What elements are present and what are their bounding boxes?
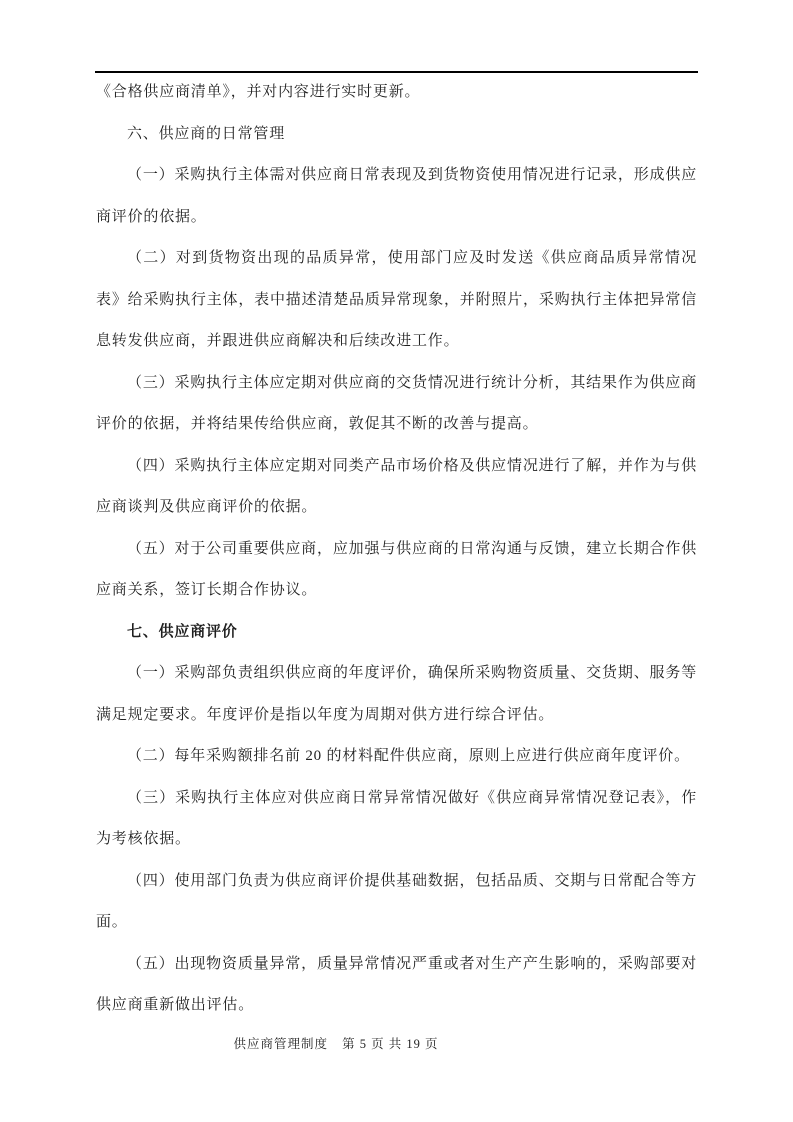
section-6-item-2: （二）对到货物资出现的品质异常，使用部门应及时发送《供应商品质异常情况表》给采购… (96, 238, 697, 363)
section-7-item-3: （三）采购执行主体应对供应商日常异常情况做好《供应商异常情况登记表》，作为考核依… (96, 778, 697, 861)
section-7-heading: 七、供应商评价 (96, 612, 697, 654)
section-7-item-2: （二）每年采购额排名前 20 的材料配件供应商，原则上应进行供应商年度评价。 (96, 736, 697, 778)
footer-doc-title: 供应商管理制度 (234, 1037, 329, 1051)
section-7-item-5: （五）出现物资质量异常，质量异常情况严重或者对生产产生影响的，采购部要对供应商重… (96, 944, 697, 1027)
section-7-item-1: （一）采购部负责组织供应商的年度评价，确保所采购物资质量、交货期、服务等满足规定… (96, 653, 697, 736)
section-6-item-3: （三）采购执行主体应定期对供应商的交货情况进行统计分析，其结果作为供应商评价的依… (96, 363, 697, 446)
section-6-heading: 六、供应商的日常管理 (96, 114, 697, 156)
document-body: 《合格供应商清单》，并对内容进行实时更新。 六、供应商的日常管理 （一）采购执行… (96, 72, 697, 1027)
page-footer: 供应商管理制度第 5 页 共 19 页 (96, 1034, 576, 1054)
footer-page-number: 第 5 页 共 19 页 (342, 1037, 438, 1051)
document-page: 《合格供应商清单》，并对内容进行实时更新。 六、供应商的日常管理 （一）采购执行… (0, 0, 793, 1122)
section-6-item-1: （一）采购执行主体需对供应商日常表现及到货物资使用情况进行记录，形成供应商评价的… (96, 155, 697, 238)
section-6-item-5: （五）对于公司重要供应商，应加强与供应商的日常沟通与反馈，建立长期合作供应商关系… (96, 529, 697, 612)
continuation-paragraph: 《合格供应商清单》，并对内容进行实时更新。 (96, 72, 697, 114)
section-7-item-4: （四）使用部门负责为供应商评价提供基础数据，包括品质、交期与日常配合等方面。 (96, 861, 697, 944)
section-6-item-4: （四）采购执行主体应定期对同类产品市场价格及供应情况进行了解，并作为与供应商谈判… (96, 446, 697, 529)
